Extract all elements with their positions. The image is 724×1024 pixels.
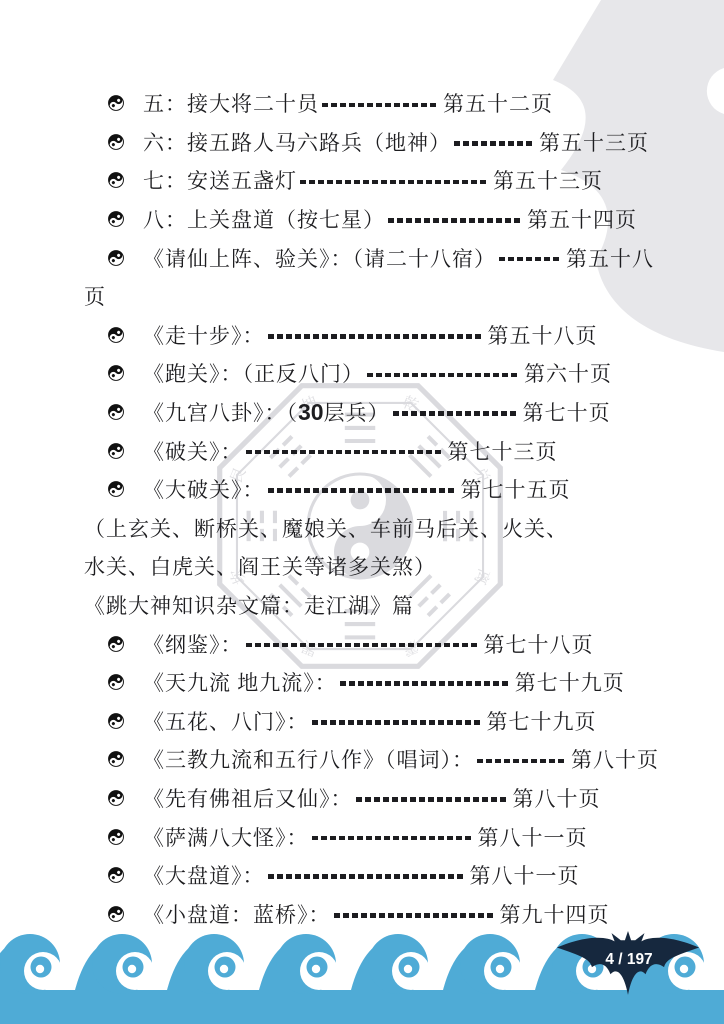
entry-title: 五：接大将二十员 [143, 88, 319, 118]
toc-entry: 七：安送五盏灯 第五十三页 [84, 161, 664, 200]
toc-entry: 六：接五路人马六路兵（地神） 第五十三页 [84, 123, 664, 162]
toc-entry: 《跳大神知识杂文篇：走江湖》篇 [84, 586, 664, 625]
toc-entry: 页 [84, 277, 664, 316]
entry-page-label: 第五十八 [566, 243, 654, 273]
entry-page-label: 第七十九页 [515, 667, 625, 697]
entry-title: 《天九流 地九流》： [143, 667, 337, 697]
entry-title: 《五花、八门》： [143, 706, 309, 736]
toc-entry: 《天九流 地九流》： 第七十九页 [84, 663, 664, 702]
document-page: ☰☱☲☳☴☵☶☷ 乾兑离震巽坎艮坤 五：接大将二十员 第五十二页 [0, 0, 724, 1024]
yin-yang-bullet-icon [105, 208, 128, 231]
entry-page-label: 第六十页 [524, 358, 612, 388]
toc-entry: 《走十步》： 第五十八页 [84, 316, 664, 355]
page-number: 4 / 197 [605, 951, 652, 968]
toc-entry: 《请仙上阵、验关》：（请二十八宿） 第五十八 [84, 238, 664, 277]
entry-dash-leader [300, 180, 489, 185]
entry-dash-leader [246, 643, 480, 648]
yin-yang-bullet-icon [105, 671, 128, 694]
yin-yang-bullet-icon [105, 748, 128, 771]
entry-dash-leader [477, 759, 567, 764]
toc-entry: 水关、白虎关、阎王关等诸多关煞） [84, 547, 664, 586]
entry-page-label: 第五十二页 [443, 88, 553, 118]
entry-dash-leader [356, 797, 509, 802]
yin-yang-bullet-icon [105, 131, 128, 154]
yin-yang-bullet-icon [105, 246, 128, 269]
entry-title: （上玄关、断桥关、魔娘关、车前马后关、火关、 [84, 513, 568, 543]
toc-entry: 《大盘道》： 第八十一页 [84, 856, 664, 895]
entry-page-label: 第七十页 [523, 397, 611, 427]
yin-yang-bullet-icon [105, 169, 128, 192]
yin-yang-bullet-icon [105, 825, 128, 848]
entry-title: 《纲鉴》： [143, 629, 243, 659]
entry-dash-leader [393, 411, 519, 416]
toc-entry: 《纲鉴》： 第七十八页 [84, 624, 664, 663]
yin-yang-bullet-icon [105, 864, 128, 887]
entry-title: 《跑关》：（正反八门） [143, 358, 364, 388]
entry-title: 《小盘道：蓝桥》： [143, 899, 331, 929]
toc-entry: 《九宫八卦》：（ 30 层兵） 第七十页 [84, 393, 664, 432]
yin-yang-bullet-icon [105, 478, 128, 501]
entry-title: 七：安送五盏灯 [143, 165, 297, 195]
entry-page-label: 第八十一页 [470, 860, 580, 890]
toc-entry: 五：接大将二十员 第五十二页 [84, 84, 664, 123]
entry-title: 《萨满八大怪》： [143, 822, 309, 852]
toc-entry: 《萨满八大怪》： 第八十一页 [84, 817, 664, 856]
entry-title: 《走十步》： [143, 320, 265, 350]
entry-page-label: 第九十四页 [500, 899, 610, 929]
entry-title: 《跳大神知识杂文篇：走江湖》篇 [84, 590, 414, 620]
toc-entry: 《大破关》： 第七十五页 [84, 470, 664, 509]
entry-title: 页 [84, 281, 106, 311]
entry-page-label: 第七十五页 [461, 474, 571, 504]
entry-page-label: 第八十页 [571, 744, 659, 774]
entry-title: 六：接五路人马六路兵（地神） [143, 127, 451, 157]
toc-entry: 《跑关》：（正反八门） 第六十页 [84, 354, 664, 393]
entry-page-label: 第五十四页 [527, 204, 637, 234]
entry-title-suffix: 层兵） [324, 397, 390, 427]
entry-title: 《大盘道》： [143, 860, 265, 890]
toc-entry: 《先有佛祖后又仙》： 第八十页 [84, 779, 664, 818]
entry-page-label: 第五十三页 [539, 127, 649, 157]
yin-yang-bullet-icon [105, 92, 128, 115]
entry-title: 《三教九流和五行八作》（唱词）： [143, 744, 474, 774]
toc-list: 五：接大将二十员 第五十二页 六：接五路人马六路兵（地神） 第五十三页 [84, 84, 664, 933]
yin-yang-bullet-icon [105, 401, 128, 424]
yin-yang-bullet-icon [105, 632, 128, 655]
entry-dash-leader [367, 373, 520, 378]
entry-dash-leader [312, 720, 483, 725]
toc-entry: 《破关》： 第七十三页 [84, 431, 664, 470]
entry-page-label: 第五十三页 [493, 165, 603, 195]
entry-page-label: 第八十页 [513, 783, 601, 813]
entry-title: 《破关》： [143, 436, 243, 466]
yin-yang-bullet-icon [105, 787, 128, 810]
entry-dash-leader [268, 874, 466, 879]
entry-dash-leader [246, 450, 444, 455]
entry-page-label: 第五十八页 [488, 320, 598, 350]
entry-title: 八：上关盘道（按七星） [143, 204, 385, 234]
page-number-badge: 4 / 197 [550, 930, 706, 998]
entry-dash-leader [322, 103, 439, 108]
entry-page-label: 第七十三页 [448, 436, 558, 466]
yin-yang-bullet-icon [105, 324, 128, 347]
entry-dash-leader [388, 218, 523, 223]
entry-dash-leader [312, 836, 474, 841]
entry-title: 水关、白虎关、阎王关等诸多关煞） [84, 551, 436, 581]
toc-entry: 《三教九流和五行八作》（唱词）： 第八十页 [84, 740, 664, 779]
entry-page-label: 第七十九页 [487, 706, 597, 736]
entry-title: 《请仙上阵、验关》：（请二十八宿） [143, 243, 496, 273]
entry-dash-leader [334, 913, 496, 918]
entry-title: 《九宫八卦》：（ [143, 397, 298, 427]
yin-yang-bullet-icon [105, 439, 128, 462]
entry-dash-leader [268, 334, 484, 339]
entry-title: 《先有佛祖后又仙》： [143, 783, 353, 813]
toc-entry: 《五花、八门》： 第七十九页 [84, 702, 664, 741]
entry-page-label: 第八十一页 [478, 822, 588, 852]
yin-yang-bullet-icon [105, 709, 128, 732]
entry-dash-leader [499, 257, 562, 262]
entry-bold-number: 30 [298, 399, 324, 426]
entry-dash-leader [268, 488, 457, 493]
yin-yang-bullet-icon [105, 902, 128, 925]
yin-yang-bullet-icon [105, 362, 128, 385]
entry-title: 《大破关》： [143, 474, 265, 504]
toc-entry: 八：上关盘道（按七星） 第五十四页 [84, 200, 664, 239]
toc-entry: （上玄关、断桥关、魔娘关、车前马后关、火关、 [84, 509, 664, 548]
entry-dash-leader [340, 681, 511, 686]
entry-dash-leader [454, 141, 535, 146]
entry-page-label: 第七十八页 [484, 629, 594, 659]
